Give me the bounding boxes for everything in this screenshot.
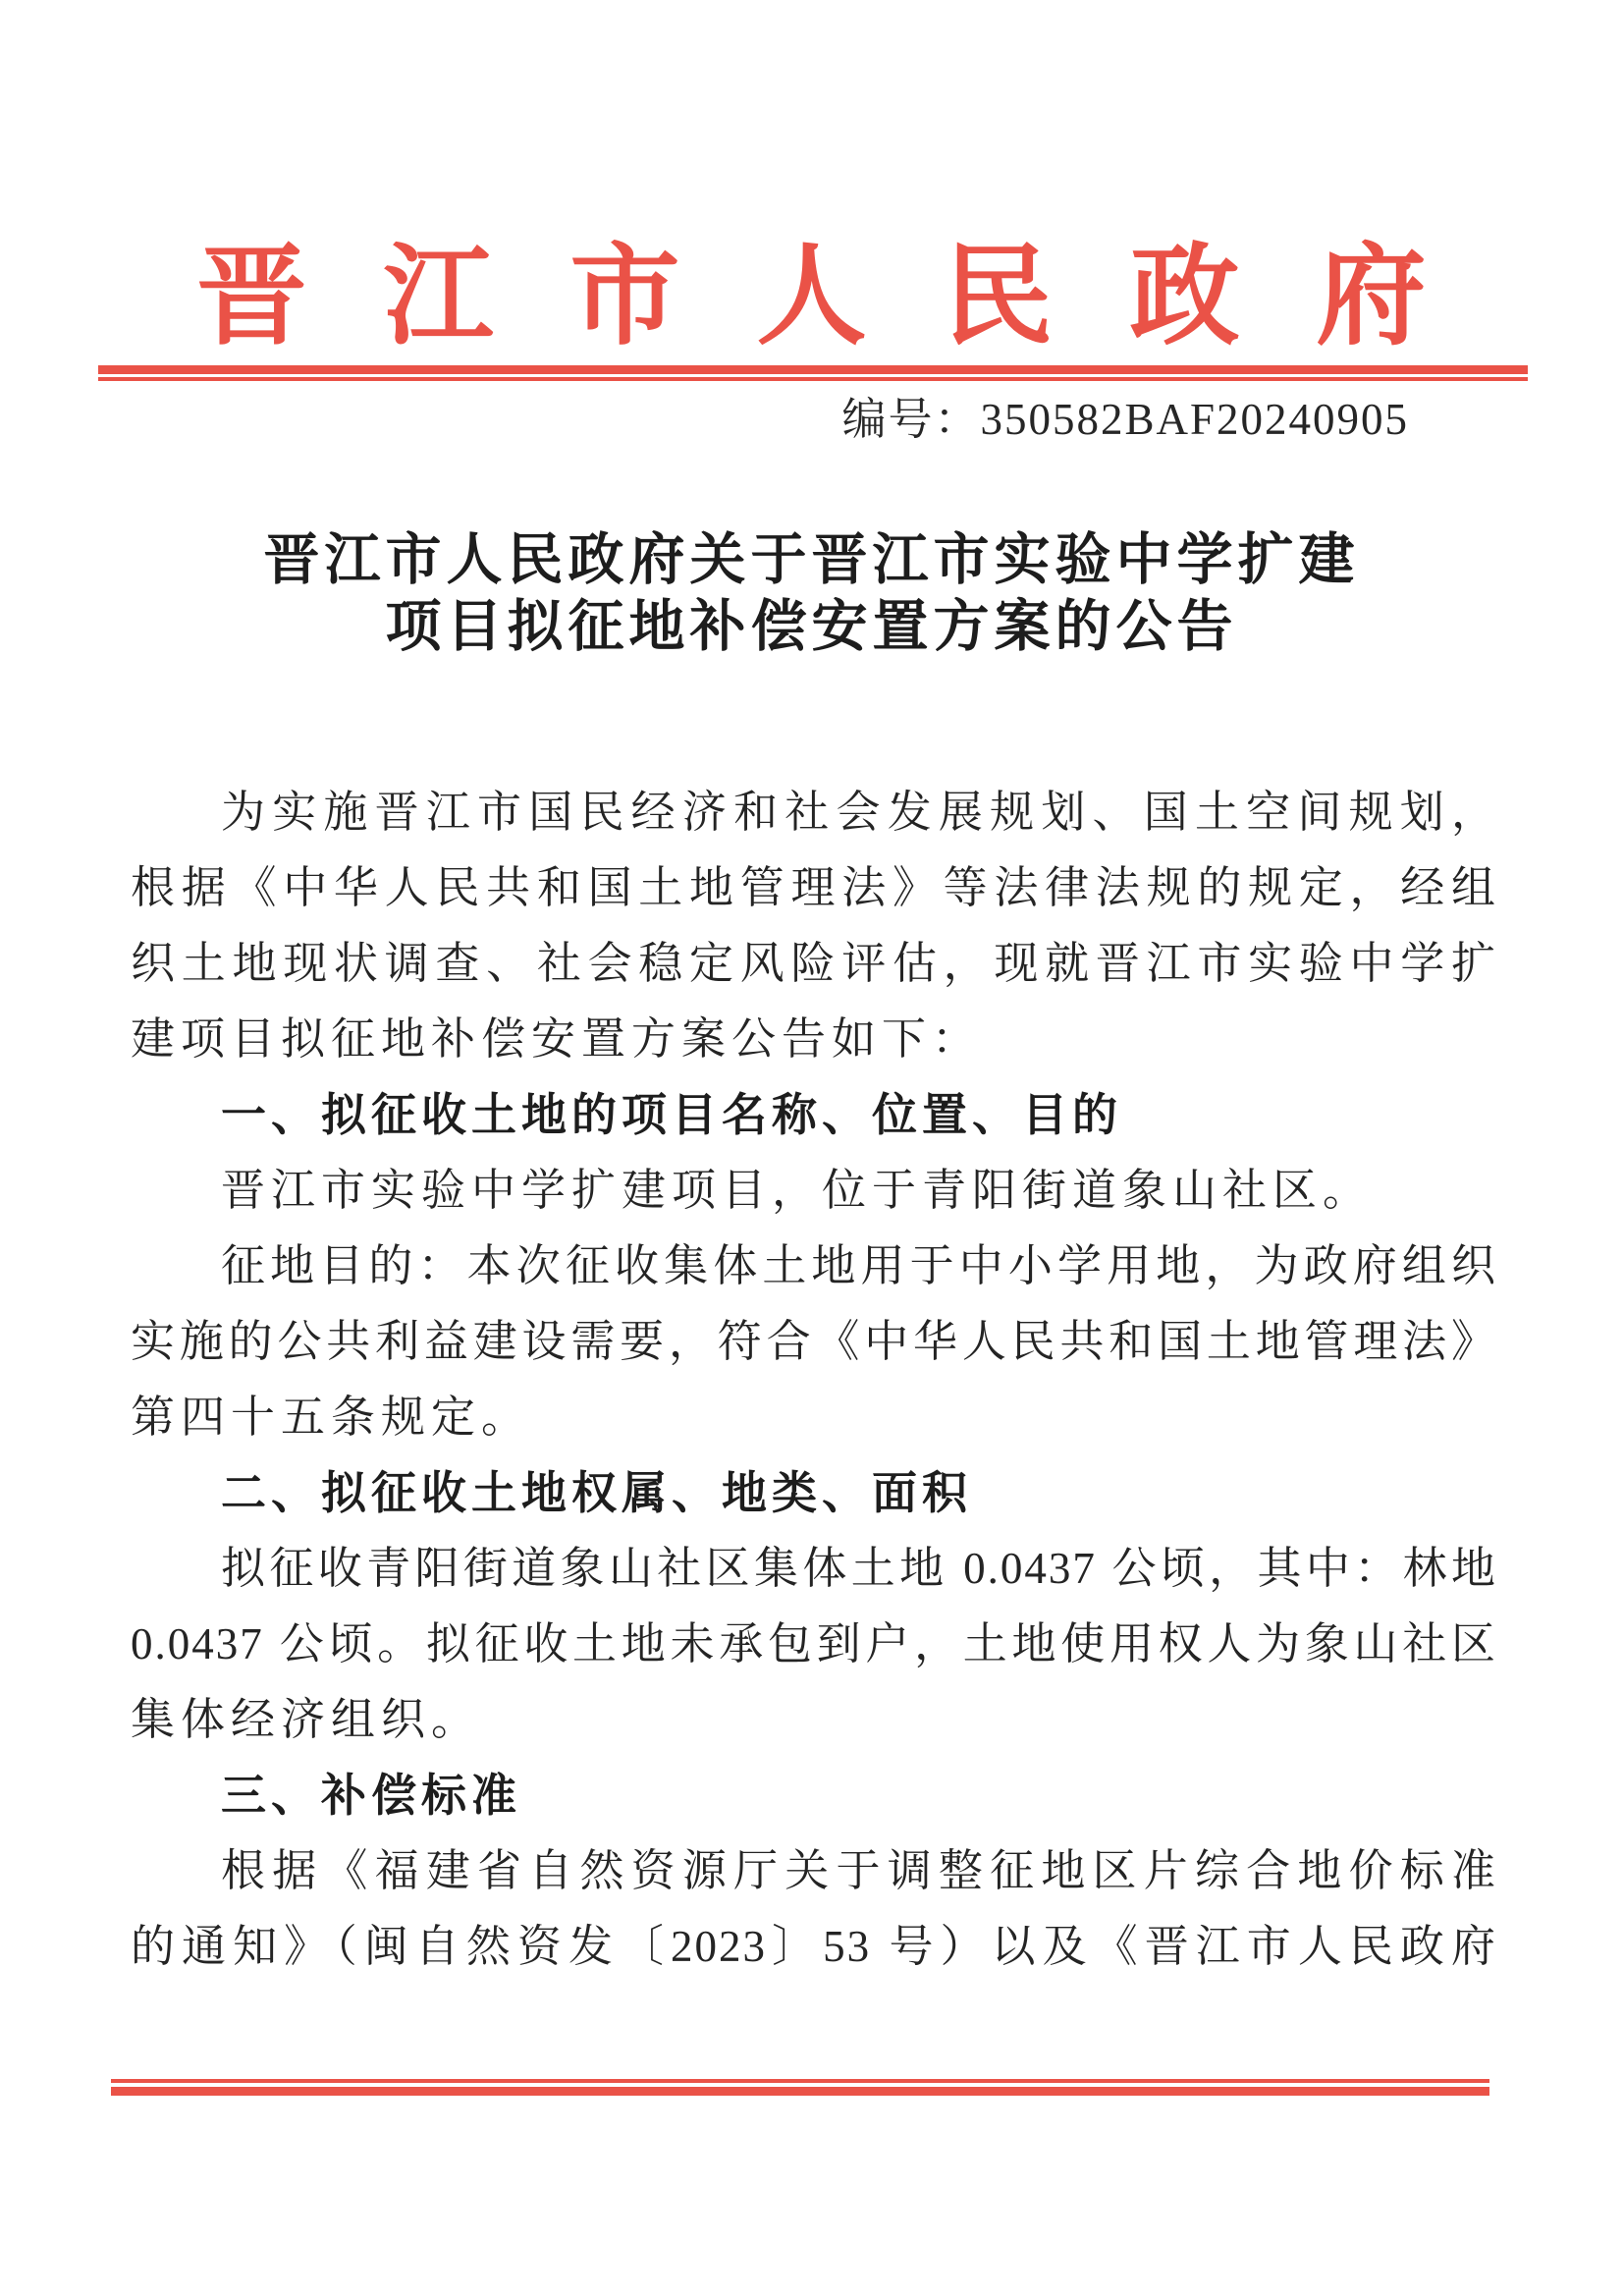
- doc-title: 晋江市人民政府关于晋江市实验中学扩建 项目拟征地补偿安置方案的公告: [0, 526, 1623, 660]
- body-line: 建项目拟征地补偿安置方案公告如下：: [131, 1002, 1497, 1077]
- body-line: 晋江市实验中学扩建项目，位于青阳街道象山社区。: [131, 1153, 1497, 1229]
- body-line: 集体经济组织。: [131, 1682, 1497, 1758]
- doc-title-line2: 项目拟征地补偿安置方案的公告: [0, 593, 1623, 660]
- body-section-heading: 三、补偿标准: [131, 1758, 1497, 1833]
- body-section-heading: 一、拟征收土地的项目名称、位置、目的: [131, 1077, 1497, 1153]
- doc-number-value: 350582BAF20240905: [980, 395, 1409, 444]
- doc-number-row: 编号：350582BAF20240905: [0, 391, 1623, 448]
- body-section-heading: 二、拟征收土地权属、地类、面积: [131, 1455, 1497, 1531]
- body-line: 征地目的：本次征收集体土地用于中小学用地，为政府组织: [131, 1229, 1497, 1304]
- body-line: 的通知》（闽自然资发〔2023〕53 号）以及《晋江市人民政府: [131, 1909, 1497, 1985]
- body-line: 实施的公共利益建设需要，符合《中华人民共和国土地管理法》: [131, 1304, 1497, 1380]
- gov-agency-masthead: 晋江市人民政府: [0, 232, 1623, 363]
- body-line: 根据《中华人民共和国土地管理法》等法律法规的规定，经组: [131, 850, 1497, 926]
- body-line: 为实施晋江市国民经济和社会发展规划、国土空间规划，: [131, 775, 1497, 850]
- body-line: 织土地现状调查、社会稳定风险评估，现就晋江市实验中学扩: [131, 926, 1497, 1002]
- body-line: 0.0437 公顷。拟征收土地未承包到户，土地使用权人为象山社区: [131, 1607, 1497, 1682]
- header-divider: [98, 365, 1528, 381]
- header-divider-thick-bar: [98, 365, 1528, 374]
- doc-title-line1: 晋江市人民政府关于晋江市实验中学扩建: [0, 526, 1623, 593]
- body-line: 根据《福建省自然资源厅关于调整征地区片综合地价标准: [131, 1833, 1497, 1909]
- body-line: 拟征收青阳街道象山社区集体土地 0.0437 公顷，其中：林地: [131, 1531, 1497, 1607]
- header-divider-thin-bar: [98, 377, 1528, 381]
- scanned-announcement-page: 晋江市人民政府 编号：350582BAF20240905 晋江市人民政府关于晋江…: [0, 0, 1623, 2296]
- footer-divider-thick-bar: [111, 2087, 1489, 2096]
- body-line: 第四十五条规定。: [131, 1380, 1497, 1455]
- footer-divider: [111, 2079, 1489, 2096]
- document-body: 为实施晋江市国民经济和社会发展规划、国土空间规划，根据《中华人民共和国土地管理法…: [131, 775, 1497, 1985]
- doc-number-label: 编号：: [841, 395, 980, 444]
